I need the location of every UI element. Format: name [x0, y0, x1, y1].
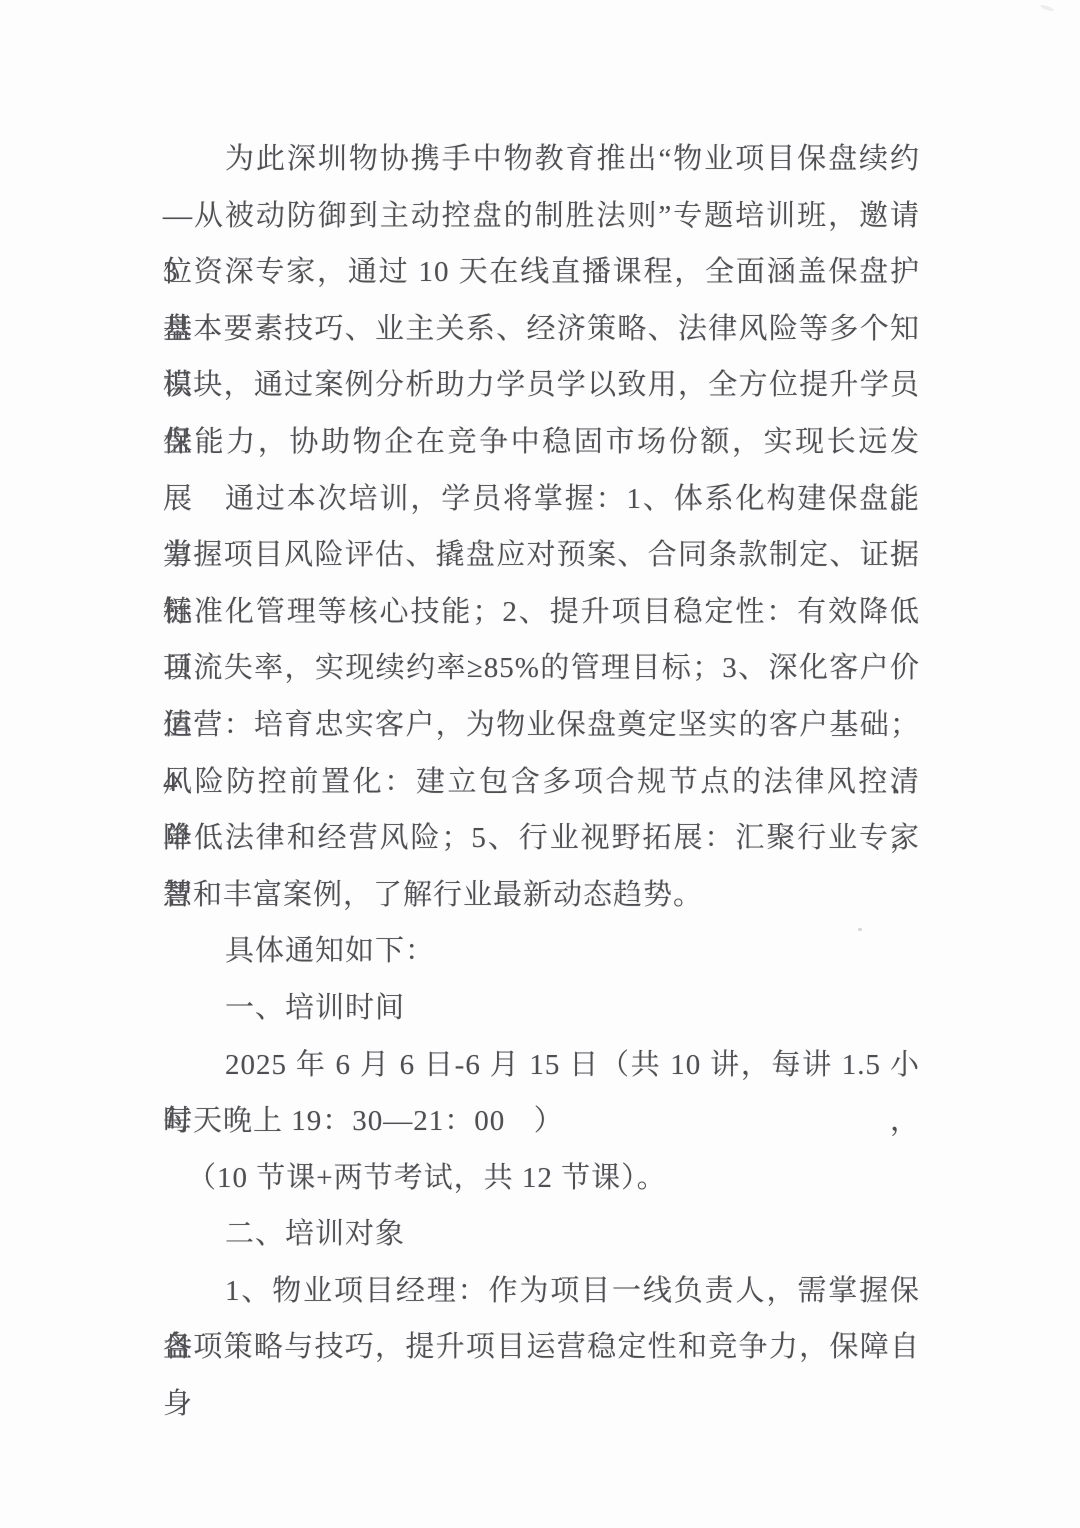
- text-line: 各项策略与技巧，提升项目运营稳定性和竞争力，保障自身: [163, 1319, 920, 1376]
- text-line: 目流失率，实现续约率≥85%的管理目标；3、深化客户价值: [163, 640, 920, 697]
- text-line: 为此深圳物协携手中物教育推出“物业项目保盘续约—: [163, 131, 920, 188]
- notice-body-text: 为此深圳物协携手中物教育推出“物业项目保盘续约— —从被动防御到主动控盘的制胜法…: [163, 131, 920, 1376]
- text-line: 模块，通过案例分析助力学员学以致用，全方位提升学员保: [163, 357, 920, 414]
- section-heading-training-audience: 二、培训对象: [163, 1206, 920, 1263]
- text-line: 风险防控前置化：建立包含多项合规节点的法律风控清单，: [163, 754, 920, 811]
- text-line: —从被动防御到主动控盘的制胜法则”专题培训班，邀请 3: [163, 188, 920, 245]
- text-line: （10 节课+两节考试，共 12 节课）。: [163, 1150, 920, 1207]
- text-line: 掌握项目风险评估、撬盘应对预案、合同条款制定、证据链: [163, 527, 920, 584]
- text-line: 2025 年 6 月 6 日-6 月 15 日（共 10 讲，每讲 1.5 小时…: [163, 1037, 920, 1094]
- scan-artifact: [1040, 4, 1055, 13]
- text-line: 降低法律和经营风险；5、行业视野拓展：汇聚行业专家智: [163, 810, 920, 867]
- document-page: 为此深圳物协携手中物教育推出“物业项目保盘续约— —从被动防御到主动控盘的制胜法…: [0, 0, 1080, 1528]
- section-heading-training-time: 一、培训时间: [163, 980, 920, 1037]
- text-line: 标准化管理等核心技能；2、提升项目稳定性：有效降低项: [163, 584, 920, 641]
- text-line: 基本要素技巧、业主关系、经济策略、法律风险等多个知识: [163, 301, 920, 358]
- text-line: 位资深专家，通过 10 天在线直播课程，全面涵盖保盘护盘: [163, 244, 920, 301]
- text-line: 1、物业项目经理：作为项目一线负责人，需掌握保盘: [163, 1263, 920, 1320]
- text-line: 慧和丰富案例，了解行业最新动态趋势。: [163, 867, 920, 924]
- text-line: 运营：培育忠实客户，为物业保盘奠定坚实的客户基础；4、: [163, 697, 920, 754]
- text-line: 通过本次培训，学员将掌握：1、体系化构建保盘能力：: [163, 471, 920, 528]
- text-line: 盘能力，协助物企在竞争中稳固市场份额，实现长远发展。: [163, 414, 920, 471]
- text-line: 具体通知如下：: [163, 923, 920, 980]
